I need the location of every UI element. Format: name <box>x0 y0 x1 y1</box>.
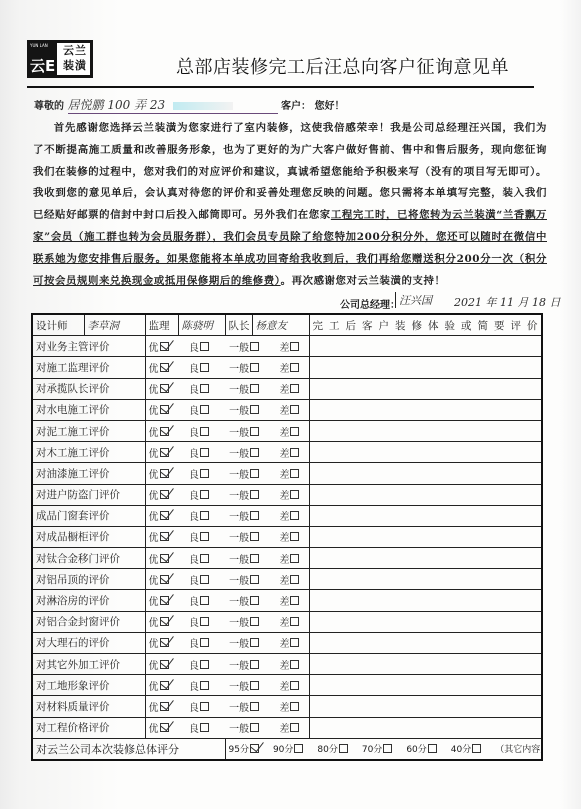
checkbox[interactable] <box>160 617 169 626</box>
checkbox[interactable] <box>200 384 209 393</box>
rating-option[interactable]: 优 <box>149 572 169 587</box>
rating-option[interactable]: 差 <box>279 657 299 672</box>
redacted-blur <box>173 102 233 110</box>
rating-option[interactable]: 优 <box>149 720 169 735</box>
rating-options: 优良一般差 <box>145 336 309 357</box>
rating-option[interactable]: 优 <box>149 487 169 502</box>
rating-option[interactable]: 良 <box>189 424 209 439</box>
checkbox[interactable] <box>160 342 169 351</box>
criterion-label: 对承揽队长评价 <box>32 378 145 399</box>
checkbox[interactable] <box>160 596 169 605</box>
rating-options: 优良一般差 <box>145 399 309 420</box>
comment-cell[interactable] <box>309 548 542 569</box>
comment-column-header: 完工后客户装修体验或简要评价 <box>309 314 542 336</box>
rating-option[interactable]: 优 <box>149 381 169 396</box>
rating-option[interactable]: 差 <box>279 699 299 714</box>
comment-cell[interactable] <box>309 420 542 441</box>
checkbox[interactable] <box>250 596 259 605</box>
rating-option[interactable]: 一般 <box>229 381 259 396</box>
rating-options: 优良一般差 <box>145 548 309 569</box>
checkbox[interactable] <box>160 660 169 669</box>
rating-option[interactable]: 优 <box>149 678 169 693</box>
checkbox[interactable] <box>250 638 259 647</box>
rating-option[interactable]: 一般 <box>229 466 259 481</box>
checkbox[interactable] <box>250 427 259 436</box>
checkbox[interactable] <box>160 723 169 732</box>
rating-option[interactable]: 良 <box>189 699 209 714</box>
checkbox[interactable] <box>290 596 299 605</box>
rating-option[interactable]: 差 <box>279 529 299 544</box>
rating-option[interactable]: 差 <box>279 466 299 481</box>
criterion-label: 对材料质量评价 <box>32 696 145 717</box>
rating-option[interactable]: 良 <box>189 551 209 566</box>
rating-option[interactable]: 一般 <box>229 402 259 417</box>
checkbox[interactable] <box>200 702 209 711</box>
customer-name-field: 居悦鹏 100 弄 23 <box>68 96 278 114</box>
criterion-label: 对淋浴房的评价 <box>32 590 145 611</box>
checkbox[interactable] <box>250 363 259 372</box>
checkbox[interactable] <box>200 511 209 520</box>
rating-options: 优良一般差 <box>145 569 309 590</box>
table-row: 对钛合金移门评价优良一般差 <box>32 548 542 569</box>
score-option[interactable]: 90分 <box>273 742 303 755</box>
rating-option[interactable]: 优 <box>149 551 169 566</box>
overall-score-options: 95分90分80分70分60分40分（其它内容见背页） <box>225 738 542 760</box>
comment-cell[interactable] <box>309 569 542 590</box>
checkbox[interactable] <box>290 638 299 647</box>
table-row: 对木工施工评价优良一般差 <box>32 442 542 463</box>
table-row: 成品门窗套评价优良一般差 <box>32 505 542 526</box>
table-row: 对工地形象评价优良一般差 <box>32 675 542 696</box>
table-row: 对大理石的评价优良一般差 <box>32 632 542 653</box>
checkbox[interactable] <box>160 384 169 393</box>
rating-option[interactable]: 优 <box>149 614 169 629</box>
comment-cell[interactable] <box>309 336 542 357</box>
comment-cell[interactable] <box>309 590 542 611</box>
rating-option[interactable]: 良 <box>189 445 209 460</box>
comment-cell[interactable] <box>309 611 542 632</box>
rating-option[interactable]: 一般 <box>229 614 259 629</box>
checkbox[interactable] <box>200 681 209 690</box>
table-row: 对泥工施工评价优良一般差 <box>32 420 542 441</box>
checkbox[interactable] <box>160 490 169 499</box>
rating-option[interactable]: 良 <box>189 381 209 396</box>
checkbox[interactable] <box>200 554 209 563</box>
rating-options: 优良一般差 <box>145 590 309 611</box>
score-option[interactable]: 60分 <box>406 742 436 755</box>
rating-option[interactable]: 一般 <box>229 529 259 544</box>
table-row: 对施工监理评价优良一般差 <box>32 357 542 378</box>
rating-option[interactable]: 优 <box>149 529 169 544</box>
checkbox[interactable] <box>428 744 437 753</box>
checkbox[interactable] <box>250 384 259 393</box>
logo-mark: 云E <box>30 57 55 75</box>
checkbox[interactable] <box>250 681 259 690</box>
checkbox[interactable] <box>200 469 209 478</box>
criterion-label: 对铝合金封窗评价 <box>32 611 145 632</box>
checkbox[interactable] <box>250 575 259 584</box>
checkbox[interactable] <box>290 490 299 499</box>
comment-cell[interactable] <box>309 675 542 696</box>
rating-option[interactable]: 一般 <box>229 424 259 439</box>
checkbox[interactable] <box>250 702 259 711</box>
checkbox[interactable] <box>250 660 259 669</box>
checkbox[interactable] <box>160 511 169 520</box>
table-row: 对其它外加工评价优良一般差 <box>32 654 542 675</box>
rating-option[interactable]: 差 <box>279 381 299 396</box>
table-row: 对业务主管评价优良一般差 <box>32 336 542 357</box>
checkbox[interactable] <box>472 744 481 753</box>
rating-option[interactable]: 一般 <box>229 635 259 650</box>
see-back-note: （其它内容见背页） <box>495 742 542 755</box>
checkbox[interactable] <box>339 744 348 753</box>
rating-option[interactable]: 差 <box>279 508 299 523</box>
criterion-label: 对泥工施工评价 <box>32 420 145 441</box>
rating-option[interactable]: 差 <box>279 720 299 735</box>
checkbox[interactable] <box>160 448 169 457</box>
table-row: 对进户防盗门评价优良一般差 <box>32 484 542 505</box>
checkbox[interactable] <box>250 554 259 563</box>
checkbox[interactable] <box>250 342 259 351</box>
score-option[interactable]: 80分 <box>317 742 347 755</box>
rating-options: 优良一般差 <box>145 696 309 717</box>
signature-date: 2021 年 11 月 18 日 <box>454 294 560 310</box>
rating-option[interactable]: 良 <box>189 466 209 481</box>
rating-option[interactable]: 一般 <box>229 487 259 502</box>
checkbox[interactable] <box>290 617 299 626</box>
rating-option[interactable]: 优 <box>149 699 169 714</box>
table-row: 对铝合金封窗评价优良一般差 <box>32 611 542 632</box>
checkbox[interactable] <box>250 490 259 499</box>
rating-option[interactable]: 优 <box>149 593 169 608</box>
comment-cell[interactable] <box>309 717 542 738</box>
checkbox[interactable] <box>160 469 169 478</box>
table-row: 对水电施工评价优良一般差 <box>32 399 542 420</box>
rating-option[interactable]: 差 <box>279 402 299 417</box>
rating-options: 优良一般差 <box>145 675 309 696</box>
checkbox[interactable] <box>200 617 209 626</box>
comment-cell[interactable] <box>309 442 542 463</box>
rating-option[interactable]: 优 <box>149 657 169 672</box>
rating-option[interactable]: 优 <box>149 445 169 460</box>
criterion-label: 对水电施工评价 <box>32 399 145 420</box>
criterion-label: 成品门窗套评价 <box>32 505 145 526</box>
criterion-label: 对钛合金移门评价 <box>32 548 145 569</box>
designer-label: 设计师 <box>32 314 84 336</box>
checkbox[interactable] <box>250 617 259 626</box>
checkbox[interactable] <box>290 554 299 563</box>
rating-option[interactable]: 优 <box>149 339 169 354</box>
rating-option[interactable]: 差 <box>279 678 299 693</box>
criterion-label: 对工地形象评价 <box>32 675 145 696</box>
checkbox[interactable] <box>200 532 209 541</box>
captain-name: 杨意友 <box>252 314 309 336</box>
checkbox[interactable] <box>250 744 259 753</box>
comment-cell[interactable] <box>309 632 542 653</box>
rating-option[interactable]: 一般 <box>229 360 259 375</box>
rating-option[interactable]: 差 <box>279 551 299 566</box>
comment-cell[interactable] <box>309 357 542 378</box>
header-divider <box>27 86 534 88</box>
table-row: 对油漆施工评价优良一般差 <box>32 463 542 484</box>
rating-option[interactable]: 差 <box>279 614 299 629</box>
checkbox[interactable] <box>160 638 169 647</box>
criterion-label: 对油漆施工评价 <box>32 463 145 484</box>
rating-option[interactable]: 一般 <box>229 508 259 523</box>
checkbox[interactable] <box>200 405 209 414</box>
rating-option[interactable]: 一般 <box>229 445 259 460</box>
rating-option[interactable]: 良 <box>189 720 209 735</box>
rating-option[interactable]: 良 <box>189 678 209 693</box>
checkbox[interactable] <box>160 363 169 372</box>
checkbox[interactable] <box>290 532 299 541</box>
criterion-label: 对木工施工评价 <box>32 442 145 463</box>
checkbox[interactable] <box>200 342 209 351</box>
rating-option[interactable]: 良 <box>189 635 209 650</box>
rating-option[interactable]: 良 <box>189 572 209 587</box>
rating-option[interactable]: 差 <box>279 572 299 587</box>
criterion-label: 对工程价格评价 <box>32 717 145 738</box>
rating-options: 优良一般差 <box>145 463 309 484</box>
table-header-row: 设计师 李草洞 监理 陈骁明 队长 杨意友 完工后客户装修体验或简要评价 <box>32 314 542 336</box>
rating-options: 优良一般差 <box>145 442 309 463</box>
checkbox[interactable] <box>290 723 299 732</box>
rating-option[interactable]: 优 <box>149 424 169 439</box>
checkbox[interactable] <box>160 405 169 414</box>
checkbox[interactable] <box>290 469 299 478</box>
criterion-label: 对大理石的评价 <box>32 632 145 653</box>
checkbox[interactable] <box>290 342 299 351</box>
document-page: YUN LAN 云E 云兰 装潢 总部店装修完工后汪总向客户征询意见单 尊敬的 … <box>0 0 581 809</box>
checkbox[interactable] <box>290 575 299 584</box>
supervisor-name: 陈骁明 <box>178 314 225 336</box>
rating-options: 优良一般差 <box>145 654 309 675</box>
rating-option[interactable]: 一般 <box>229 593 259 608</box>
gm-signature: 汪兴国 <box>395 292 432 308</box>
checkbox[interactable] <box>250 532 259 541</box>
checkbox[interactable] <box>160 532 169 541</box>
criterion-label: 对铝吊顶的评价 <box>32 569 145 590</box>
rating-option[interactable]: 优 <box>149 402 169 417</box>
rating-option[interactable]: 良 <box>189 529 209 544</box>
checkbox[interactable] <box>160 702 169 711</box>
checkbox[interactable] <box>250 723 259 732</box>
checkbox[interactable] <box>290 363 299 372</box>
criterion-label: 对业务主管评价 <box>32 336 145 357</box>
rating-option[interactable]: 一般 <box>229 720 259 735</box>
rating-option[interactable]: 一般 <box>229 339 259 354</box>
page-title: 总部店装修完工后汪总向客户征询意见单 <box>176 53 509 79</box>
rating-options: 优良一般差 <box>145 717 309 738</box>
rating-option[interactable]: 一般 <box>229 678 259 693</box>
rating-option[interactable]: 良 <box>189 360 209 375</box>
checkbox[interactable] <box>200 427 209 436</box>
checkbox[interactable] <box>250 405 259 414</box>
table-row: 对铝吊顶的评价优良一般差 <box>32 569 542 590</box>
rating-options: 优良一般差 <box>145 611 309 632</box>
checkbox[interactable] <box>250 469 259 478</box>
rating-option[interactable]: 一般 <box>229 572 259 587</box>
score-option[interactable]: 95分 <box>229 742 259 755</box>
rating-option[interactable]: 良 <box>189 402 209 417</box>
rating-option[interactable]: 优 <box>149 360 169 375</box>
letter-closing: 。再次感谢您对云兰装潢的支持！ <box>281 275 446 287</box>
gm-signature-label: 公司总经理： <box>340 296 400 311</box>
rating-option[interactable]: 良 <box>189 508 209 523</box>
comment-cell[interactable] <box>309 463 542 484</box>
comment-cell[interactable] <box>309 399 542 420</box>
checkbox[interactable] <box>200 723 209 732</box>
checkbox[interactable] <box>290 660 299 669</box>
rating-option[interactable]: 差 <box>279 445 299 460</box>
rating-option[interactable]: 优 <box>149 508 169 523</box>
logo-english: YUN LAN <box>30 43 48 48</box>
rating-option[interactable]: 差 <box>279 635 299 650</box>
logo-chinese: 云兰 装潢 <box>60 43 90 73</box>
checkbox[interactable] <box>290 681 299 690</box>
evaluation-table: 设计师 李草洞 监理 陈骁明 队长 杨意友 完工后客户装修体验或简要评价 对业务… <box>31 313 543 761</box>
checkbox[interactable] <box>250 511 259 520</box>
rating-option[interactable]: 一般 <box>229 699 259 714</box>
rating-option[interactable]: 差 <box>279 593 299 608</box>
comment-cell[interactable] <box>309 378 542 399</box>
checkbox[interactable] <box>200 448 209 457</box>
rating-option[interactable]: 优 <box>149 466 169 481</box>
comment-cell[interactable] <box>309 526 542 547</box>
criterion-label: 对施工监理评价 <box>32 357 145 378</box>
criterion-label: 对其它外加工评价 <box>32 654 145 675</box>
rating-option[interactable]: 差 <box>279 339 299 354</box>
checkbox[interactable] <box>160 681 169 690</box>
score-option[interactable]: 70分 <box>362 742 392 755</box>
comment-cell[interactable] <box>309 505 542 526</box>
checkbox[interactable] <box>290 405 299 414</box>
rating-options: 优良一般差 <box>145 632 309 653</box>
rating-options: 优良一般差 <box>145 420 309 441</box>
checkbox[interactable] <box>294 744 303 753</box>
checkbox[interactable] <box>200 638 209 647</box>
table-row: 对承揽队长评价优良一般差 <box>32 378 542 399</box>
rating-option[interactable]: 良 <box>189 614 209 629</box>
rating-option[interactable]: 良 <box>189 487 209 502</box>
criterion-label: 对进户防盗门评价 <box>32 484 145 505</box>
rating-option[interactable]: 优 <box>149 635 169 650</box>
rating-option[interactable]: 良 <box>189 657 209 672</box>
rating-options: 优良一般差 <box>145 484 309 505</box>
checkbox[interactable] <box>383 744 392 753</box>
rating-option[interactable]: 差 <box>279 360 299 375</box>
checkbox[interactable] <box>200 575 209 584</box>
rating-options: 优良一般差 <box>145 505 309 526</box>
checkbox[interactable] <box>160 554 169 563</box>
yunlan-logo: YUN LAN 云E 云兰 装潢 <box>27 40 93 78</box>
checkbox[interactable] <box>290 384 299 393</box>
rating-option[interactable]: 一般 <box>229 551 259 566</box>
captain-label: 队长 <box>225 314 252 336</box>
comment-cell[interactable] <box>309 696 542 717</box>
comment-cell[interactable] <box>309 484 542 505</box>
checkbox[interactable] <box>290 511 299 520</box>
table-row: 对淋浴房的评价优良一般差 <box>32 590 542 611</box>
letter-paragraph: 首先感谢您选择云兰装潢为您家进行了室内装修，这使我倍感荣幸！我是公司总经理汪兴国… <box>33 122 547 221</box>
designer-name: 李草洞 <box>84 314 145 336</box>
checkbox[interactable] <box>290 702 299 711</box>
checkbox[interactable] <box>200 490 209 499</box>
checkbox[interactable] <box>160 575 169 584</box>
rating-option[interactable]: 一般 <box>229 657 259 672</box>
checkbox[interactable] <box>250 448 259 457</box>
checkbox[interactable] <box>200 660 209 669</box>
criterion-label: 对成品橱柜评价 <box>32 526 145 547</box>
rating-option[interactable]: 差 <box>279 424 299 439</box>
table-row: 对材料质量评价优良一般差 <box>32 696 542 717</box>
greeting-line: 尊敬的 居悦鹏 100 弄 23 客户： 您好！ <box>34 96 344 114</box>
checkbox[interactable] <box>160 427 169 436</box>
table-row: 对工程价格评价优良一般差 <box>32 717 542 738</box>
table-row: 对成品橱柜评价优良一般差 <box>32 526 542 547</box>
rating-options: 优良一般差 <box>145 357 309 378</box>
rating-option[interactable]: 良 <box>189 593 209 608</box>
supervisor-label: 监理 <box>145 314 178 336</box>
letter-body: 首先感谢您选择云兰装潢为您家进行了室内装修，这使我倍感荣幸！我是公司总经理汪兴国… <box>33 118 547 292</box>
checkbox[interactable] <box>290 448 299 457</box>
checkbox[interactable] <box>200 363 209 372</box>
rating-option[interactable]: 差 <box>279 487 299 502</box>
checkbox[interactable] <box>200 596 209 605</box>
overall-score-row: 对云兰公司本次装修总体评分95分90分80分70分60分40分（其它内容见背页） <box>32 738 542 760</box>
comment-cell[interactable] <box>309 654 542 675</box>
overall-score-label: 对云兰公司本次装修总体评分 <box>32 738 225 760</box>
checkbox[interactable] <box>290 427 299 436</box>
rating-options: 优良一般差 <box>145 378 309 399</box>
rating-options: 优良一般差 <box>145 526 309 547</box>
score-option[interactable]: 40分 <box>451 742 481 755</box>
rating-option[interactable]: 良 <box>189 339 209 354</box>
